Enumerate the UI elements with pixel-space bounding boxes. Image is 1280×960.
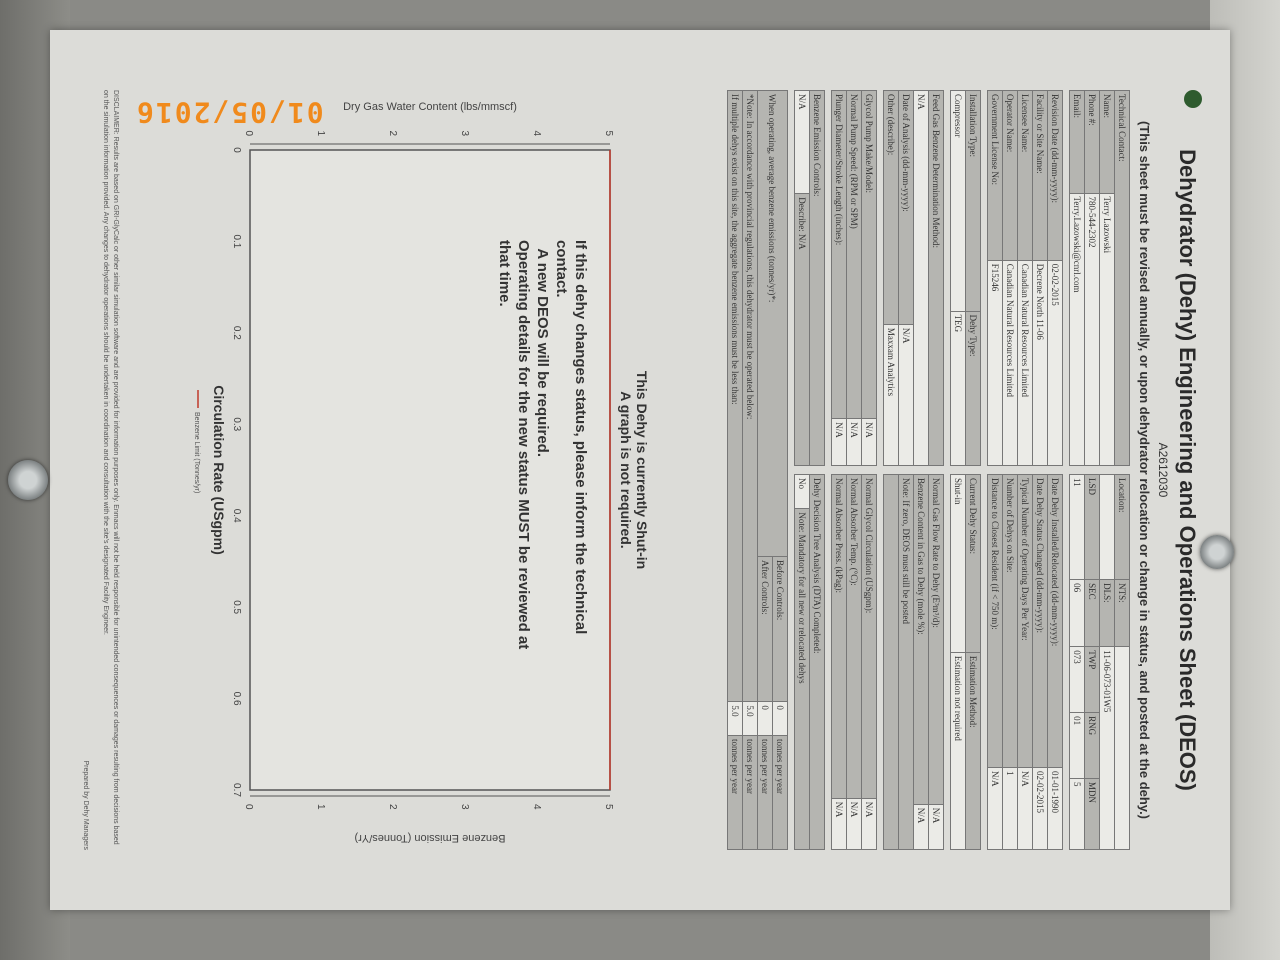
svg-text:5: 5 [603, 130, 614, 136]
revision-date-label: Revision Date (dd-mm-yyyy): [1048, 91, 1063, 261]
svg-text:2: 2 [387, 804, 398, 810]
lsd-label: LSD [1085, 475, 1100, 580]
svg-text:3: 3 [459, 804, 470, 810]
svg-text:0.7: 0.7 [231, 783, 242, 797]
feed-gas-table: Feed Gas Benzene Determination Method: N… [883, 90, 944, 466]
chart-canvas: 00.10.20.30.40.50.60.7012345012345Circul… [170, 90, 670, 850]
operating-days-value: N/A [1018, 768, 1033, 850]
emissions-label: When operating, average benzene emission… [758, 91, 788, 557]
dls-label: DLS: [1100, 580, 1115, 647]
pump-speed-value: N/A [847, 419, 862, 466]
svg-text:0: 0 [243, 804, 254, 810]
licensee-value: Canadian Natural Resources Limited [1018, 260, 1033, 465]
dta-label: Dehy Decision Tree Analysis (DTA) Comple… [810, 475, 825, 850]
glycol-circulation-label: Normal Glycol Circulation (USgpm): [862, 475, 877, 799]
dehy-status-value: Shut-in [951, 475, 966, 653]
operating-table: Normal Glycol Circulation (USgpm):N/A No… [831, 474, 877, 850]
status-changed-value: 02-02-2015 [1033, 768, 1048, 850]
pump-model-value: N/A [862, 419, 877, 466]
mdn-value: 5 [1070, 779, 1085, 850]
page-title: Dehydrator (Dehy) Engineering and Operat… [1174, 30, 1200, 910]
svg-text:5: 5 [603, 804, 614, 810]
site-name-label: Facility or Site Name: [1033, 91, 1048, 261]
before-controls-value: 0 [773, 702, 788, 736]
absorber-press-value: N/A [832, 798, 847, 849]
describe-value: N/A [797, 234, 807, 250]
mdn-label: MDN [1085, 779, 1100, 850]
svg-text:3: 3 [459, 130, 470, 136]
dehy-type-label: Dehy Type: [966, 311, 981, 465]
analysis-date-label: Date of Analysis (dd-mm-yyyy): [899, 91, 914, 325]
license-no-label: Government License No: [988, 91, 1003, 261]
svg-text:0.4: 0.4 [231, 509, 242, 523]
site-name-value: Decrene North 11-06 [1033, 260, 1048, 465]
dehy-status-label: Current Dehy Status: [966, 475, 981, 653]
nts-label: NTS: [1115, 580, 1130, 647]
disclaimer-footer: DISCLAIMER: Results are based on GRI-Gly… [100, 90, 120, 850]
describe-label: Describe: [797, 197, 807, 231]
svg-text:1: 1 [315, 804, 326, 810]
svg-text:4: 4 [531, 804, 542, 810]
svg-text:1: 1 [315, 130, 326, 136]
emissions-chart: 00.10.20.30.40.50.60.7012345012345Circul… [170, 90, 670, 850]
svg-text:0.3: 0.3 [231, 417, 242, 431]
location-table: Location:NTS: DLS:11-06-073-01W5 LSDSECT… [1069, 474, 1130, 850]
svg-text:0.2: 0.2 [231, 326, 242, 340]
zero-note: Note: If zero, DEOS must still be posted [899, 475, 914, 850]
svg-text:Benzene Emission (Tonnes/Yr): Benzene Emission (Tonnes/Yr) [354, 832, 505, 844]
info-grid: Technical Contact: Name:Terry Lazowski P… [721, 90, 1130, 850]
estimation-method-label: Estimation Method: [966, 652, 981, 849]
installation-type-label: Installation Type: [966, 91, 981, 312]
controls-table: Benzene Emission Controls: N/ADescribe: … [794, 90, 825, 466]
prepared-by: Prepared by Dehy Managers [80, 761, 90, 851]
svg-text:0: 0 [231, 147, 242, 153]
benzene-content-value: N/A [914, 804, 929, 849]
gas-flow-label: Normal Gas Flow Rate to Dehy (E³m³/d): [929, 475, 944, 805]
rng-label: RNG [1085, 713, 1100, 779]
gas-flow-table: Normal Gas Flow Rate to Dehy (E³m³/d):N/… [883, 474, 944, 850]
sec-value: 06 [1070, 580, 1085, 647]
svg-text:Benzene Limit (Tonnes/yr): Benzene Limit (Tonnes/yr) [193, 412, 200, 493]
svg-text:2: 2 [387, 130, 398, 136]
twp-label: TWP [1085, 647, 1100, 713]
operator-value: Canadian Natural Resources Limited [1003, 260, 1018, 465]
absorber-press-label: Normal Absorber Press. (kPag): [832, 475, 847, 799]
pump-model-label: Glycol Pump Make/Model: [862, 91, 877, 419]
dehy-type-value: TEG [951, 311, 966, 465]
status-change-notice: If this dehy changes status, please info… [495, 240, 590, 680]
facility-table: Revision Date (dd-mm-yyyy):02-02-2015 Fa… [987, 90, 1063, 466]
svg-text:0.5: 0.5 [231, 600, 242, 614]
deos-sheet: Dehydrator (Dehy) Engineering and Operat… [50, 30, 1230, 910]
estimation-method-value: Estimation not required [951, 652, 966, 849]
gas-flow-value: N/A [929, 804, 944, 849]
svg-text:Dry Gas Water Content (lbs/mms: Dry Gas Water Content (lbs/mmscf) [343, 101, 517, 113]
dta-note: Note: Mandatory for all new or relocated… [795, 509, 810, 850]
limit1-label: *Note: In accordance with provincial reg… [743, 91, 758, 702]
status-change-text: If this dehy changes status, please info… [495, 240, 590, 680]
rng-value: 01 [1070, 713, 1085, 779]
operator-label: Operator Name: [1003, 91, 1018, 261]
other-label: Other (describe): [884, 91, 899, 325]
name-value: Terry Lazowski [1100, 193, 1115, 466]
dls-value: 11-06-073-01W5 [1100, 647, 1115, 850]
lsd-value: 11 [1070, 475, 1085, 580]
email-label: Email: [1070, 91, 1085, 194]
license-no-value: F15246 [988, 260, 1003, 465]
photo-timestamp: 01/05/2016 [135, 96, 324, 129]
phone-value: 780-544-2302 [1085, 193, 1100, 466]
limit2-value: 5.0 [728, 702, 743, 736]
document-frame: Dehydrator (Dehy) Engineering and Operat… [50, 20, 1230, 920]
resident-distance-label: Distance to Closest Resident (if < 750 m… [988, 475, 1003, 768]
sec-label: SEC [1085, 580, 1100, 647]
controls-value: N/A [795, 91, 810, 194]
licensee-label: Licensee Name: [1018, 91, 1033, 261]
limit2-unit: tonnes per year [728, 735, 743, 849]
twp-value: 073 [1070, 647, 1085, 713]
absorber-temp-value: N/A [847, 798, 862, 849]
document-id: A2612030 [1156, 30, 1170, 910]
plunger-label: Plunger Diameter/Stroke Length (inches): [832, 91, 847, 419]
after-controls-unit: tonnes per year [758, 735, 773, 849]
limit2-label: If multiple dehys exist on this site, th… [728, 91, 743, 702]
shut-in-line1: This Dehy is currently Shut-in [634, 90, 650, 850]
analysis-date-value: N/A [899, 324, 914, 465]
svg-text:0.6: 0.6 [231, 692, 242, 706]
plunger-value: N/A [832, 419, 847, 466]
resident-distance-value: N/A [988, 768, 1003, 850]
wall-bolt-icon [8, 460, 48, 500]
disclaimer-text: DISCLAIMER: Results are based on GRI-Gly… [100, 90, 120, 850]
phone-label: Phone #: [1085, 91, 1100, 194]
glycol-circulation-value: N/A [862, 798, 877, 849]
email-value: Terry.Lazowski@cnrl.com [1070, 193, 1085, 466]
limit1-unit: tonnes per year [743, 735, 758, 849]
dates-table: Date Dehy Installed/Relocated (dd-mm-yyy… [987, 474, 1063, 850]
technical-contact-table: Technical Contact: Name:Terry Lazowski P… [1069, 90, 1130, 466]
svg-text:0.1: 0.1 [231, 234, 242, 248]
after-controls-value: 0 [758, 702, 773, 736]
location-header: Location: [1115, 475, 1130, 580]
benzene-method-label: Feed Gas Benzene Determination Method: [929, 91, 944, 466]
status-table: Current Dehy Status:Estimation Method: S… [950, 474, 981, 850]
installed-date-value: 01-01-1990 [1048, 768, 1063, 850]
installation-table: Installation Type:Dehy Type: CompressorT… [950, 90, 981, 466]
pump-table: Glycol Pump Make/Model:N/A Normal Pump S… [831, 90, 877, 466]
page-subtitle: (This sheet must be revised annually, or… [1137, 30, 1152, 910]
operating-days-label: Typical Number of Operating Days Per Yea… [1018, 475, 1033, 768]
svg-text:Circulation Rate (USgpm): Circulation Rate (USgpm) [211, 385, 227, 555]
benzene-content-label: Benzene Content in Gas to Dehy (mole %): [914, 475, 929, 805]
dta-value: No [795, 475, 810, 509]
shut-in-line2: A graph is not required. [618, 90, 634, 850]
dehy-count-value: 1 [1003, 768, 1018, 850]
status-changed-label: Date Dehy Status Changed (dd-mm-yyyy): [1033, 475, 1048, 768]
technical-contact-header: Technical Contact: [1115, 91, 1130, 466]
benzene-method-value: N/A [914, 91, 929, 466]
before-controls-label: Before Controls: [773, 556, 788, 701]
controls-header: Benzene Emission Controls: [810, 91, 825, 466]
dta-table: Dehy Decision Tree Analysis (DTA) Comple… [794, 474, 825, 850]
installation-type-value: Compressor [951, 91, 966, 312]
emissions-table: When operating, average benzene emission… [727, 90, 788, 850]
wall-bolt-icon [1200, 535, 1234, 569]
before-controls-unit: tonnes per year [773, 735, 788, 849]
installed-date-label: Date Dehy Installed/Relocated (dd-mm-yyy… [1048, 475, 1063, 768]
shut-in-notice: This Dehy is currently Shut-in A graph i… [618, 90, 650, 850]
svg-text:0: 0 [243, 130, 254, 136]
revision-date-value: 02-02-2015 [1048, 260, 1063, 465]
svg-text:4: 4 [531, 130, 542, 136]
name-label: Name: [1100, 91, 1115, 194]
pump-speed-label: Normal Pump Speed: (RPM or SPM) [847, 91, 862, 419]
limit1-value: 5.0 [743, 702, 758, 736]
nts-value [1115, 647, 1130, 850]
dehy-count-label: Number of Dehys on Site: [1003, 475, 1018, 768]
other-value: Maxxam Analytics [884, 324, 899, 465]
absorber-temp-label: Normal Absorber Temp. (°C): [847, 475, 862, 799]
after-controls-label: After Controls: [758, 556, 773, 701]
